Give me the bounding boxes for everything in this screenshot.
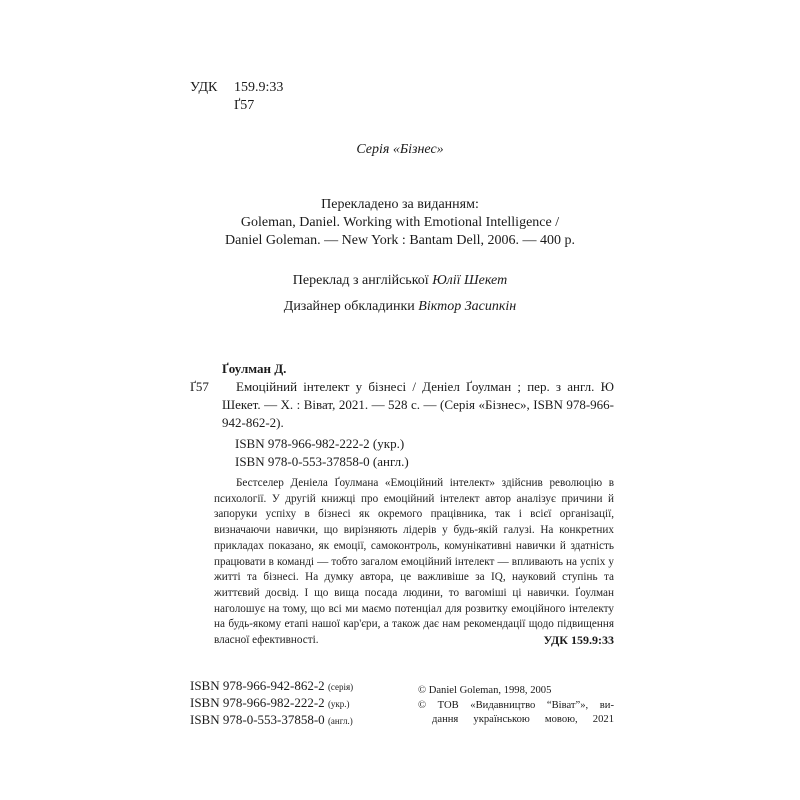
copyright-author: © Daniel Goleman, 1998, 2005 — [418, 684, 614, 699]
copyright-page: УДК 159.9:33 Ґ57 Серія «Бізнес» Переклад… — [0, 0, 800, 800]
translation-label: Переклад з англійської — [293, 273, 429, 288]
udk-code: 159.9:33 — [234, 79, 283, 97]
copyright-notice: © Daniel Goleman, 1998, 2005 © ТОВ «Вида… — [418, 684, 614, 728]
credits: Переклад з англійської Юлії Шекет Дизайн… — [0, 268, 800, 320]
isbn-ukr: ISBN 978-966-982-222-2 (укр.) — [190, 695, 353, 712]
designer-name: Віктор Засипкін — [418, 299, 516, 314]
catalog-code: Ґ57 — [190, 378, 222, 432]
translator-name: Юлії Шекет — [432, 273, 507, 288]
translated-heading: Перекладено за виданням: — [0, 196, 800, 214]
original-edition-line1: Goleman, Daniel. Working with Emotional … — [0, 214, 800, 232]
udk-label: УДК — [190, 79, 234, 97]
author-mark: Ґ57 — [190, 97, 283, 115]
udk-footer: УДК 159.9:33 — [543, 633, 614, 648]
copyright-publisher-cont: дання українською мовою, 2021 — [418, 713, 614, 728]
annotation: Бестселер Деніела Ґоулмана «Емоційний ін… — [214, 476, 614, 649]
original-edition-line2: Daniel Goleman. — New York : Bantam Dell… — [0, 232, 800, 250]
translated-from: Перекладено за виданням: Goleman, Daniel… — [0, 196, 800, 250]
catalog-author: Ґоулман Д. — [190, 360, 614, 378]
designer-credit: Дизайнер обкладинки Віктор Засипкін — [0, 294, 800, 320]
isbn-series: ISBN 978-966-942-862-2 (серія) — [190, 678, 353, 695]
isbn-eng: ISBN 978-0-553-37858-0 (англ.) — [190, 712, 353, 729]
designer-label: Дизайнер обкладинки — [284, 299, 415, 314]
catalog-entry: Ґоулман Д. Ґ57 Емоційний інтелект у бізн… — [190, 360, 614, 471]
translation-credit: Переклад з англійської Юлії Шекет — [0, 268, 800, 294]
udk-header: УДК 159.9:33 Ґ57 — [190, 79, 283, 115]
isbn-list: ISBN 978-966-942-862-2 (серія) ISBN 978-… — [190, 678, 353, 729]
series-title: Серія «Бізнес» — [0, 142, 800, 158]
catalog-isbn-eng: ISBN 978-0-553-37858-0 (англ.) — [235, 453, 614, 471]
catalog-isbn-ukr: ISBN 978-966-982-222-2 (укр.) — [235, 435, 614, 453]
copyright-publisher: © ТОВ «Видавництво “Віват”», ви- — [418, 699, 614, 714]
catalog-description: Емоційний інтелект у бізнесі / Деніел Ґо… — [222, 378, 614, 432]
